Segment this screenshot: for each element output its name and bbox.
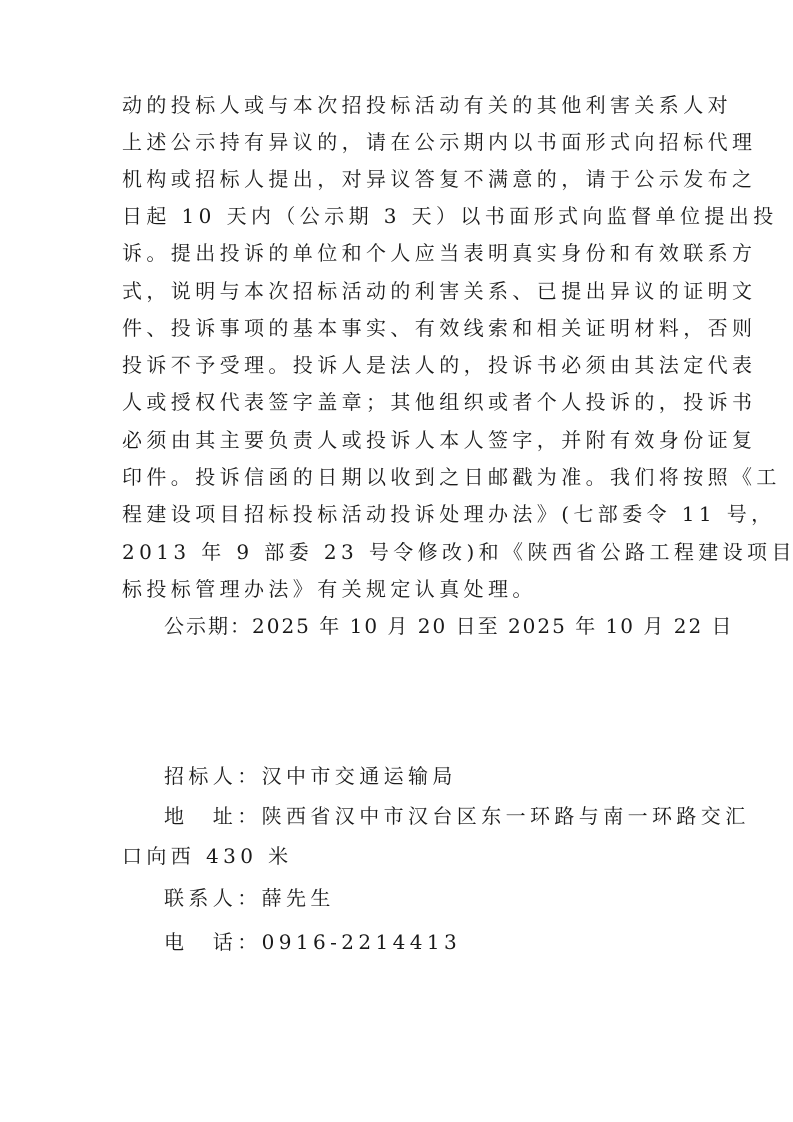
document-page: 动的投标人或与本次招投标活动有关的其他利害关系人对 上述公示持有异议的，请在公示… [0, 0, 793, 1122]
tenderer: 招标人：汉中市交通运输局 [164, 763, 724, 789]
body-line: 动的投标人或与本次招投标活动有关的其他利害关系人对 [122, 92, 682, 118]
publicity-period: 公示期：2025 年 10 月 20 日至 2025 年 10 月 22 日 [164, 613, 724, 639]
body-line: 机构或招标人提出，对异议答复不满意的，请于公示发布之 [122, 166, 682, 192]
body-line: 程建设项目招标投标活动投诉处理办法》(七部委令 11 号， [122, 501, 682, 527]
contact-person: 联系人：薛先生 [164, 885, 724, 911]
body-line: 式，说明与本次招标活动的利害关系、已提出异议的证明文 [122, 278, 682, 304]
body-line: 日起 10 天内（公示期 3 天）以书面形式向监督单位提出投 [122, 203, 682, 229]
address-line-2: 口向西 430 米 [122, 843, 682, 869]
body-line: 件、投诉事项的基本事实、有效线索和相关证明材料，否则 [122, 315, 682, 341]
address-line-1: 地 址：陕西省汉中市汉台区东一环路与南一环路交汇 [164, 803, 724, 829]
body-line: 2013 年 9 部委 23 号令修改)和《陕西省公路工程建设项目招 [122, 539, 682, 565]
body-line: 诉。提出投诉的单位和个人应当表明真实身份和有效联系方 [122, 240, 682, 266]
body-line: 必须由其主要负责人或投诉人本人签字，并附有效身份证复 [122, 427, 682, 453]
body-line: 上述公示持有异议的，请在公示期内以书面形式向招标代理 [122, 129, 682, 155]
body-line: 标投标管理办法》有关规定认真处理。 [122, 576, 682, 602]
body-line: 人或授权代表签字盖章；其他组织或者个人投诉的，投诉书 [122, 389, 682, 415]
body-line: 投诉不予受理。投诉人是法人的，投诉书必须由其法定代表 [122, 352, 682, 378]
phone: 电 话：0916-2214413 [164, 929, 724, 955]
body-line: 印件。投诉信函的日期以收到之日邮戳为准。我们将按照《工 [122, 464, 682, 490]
